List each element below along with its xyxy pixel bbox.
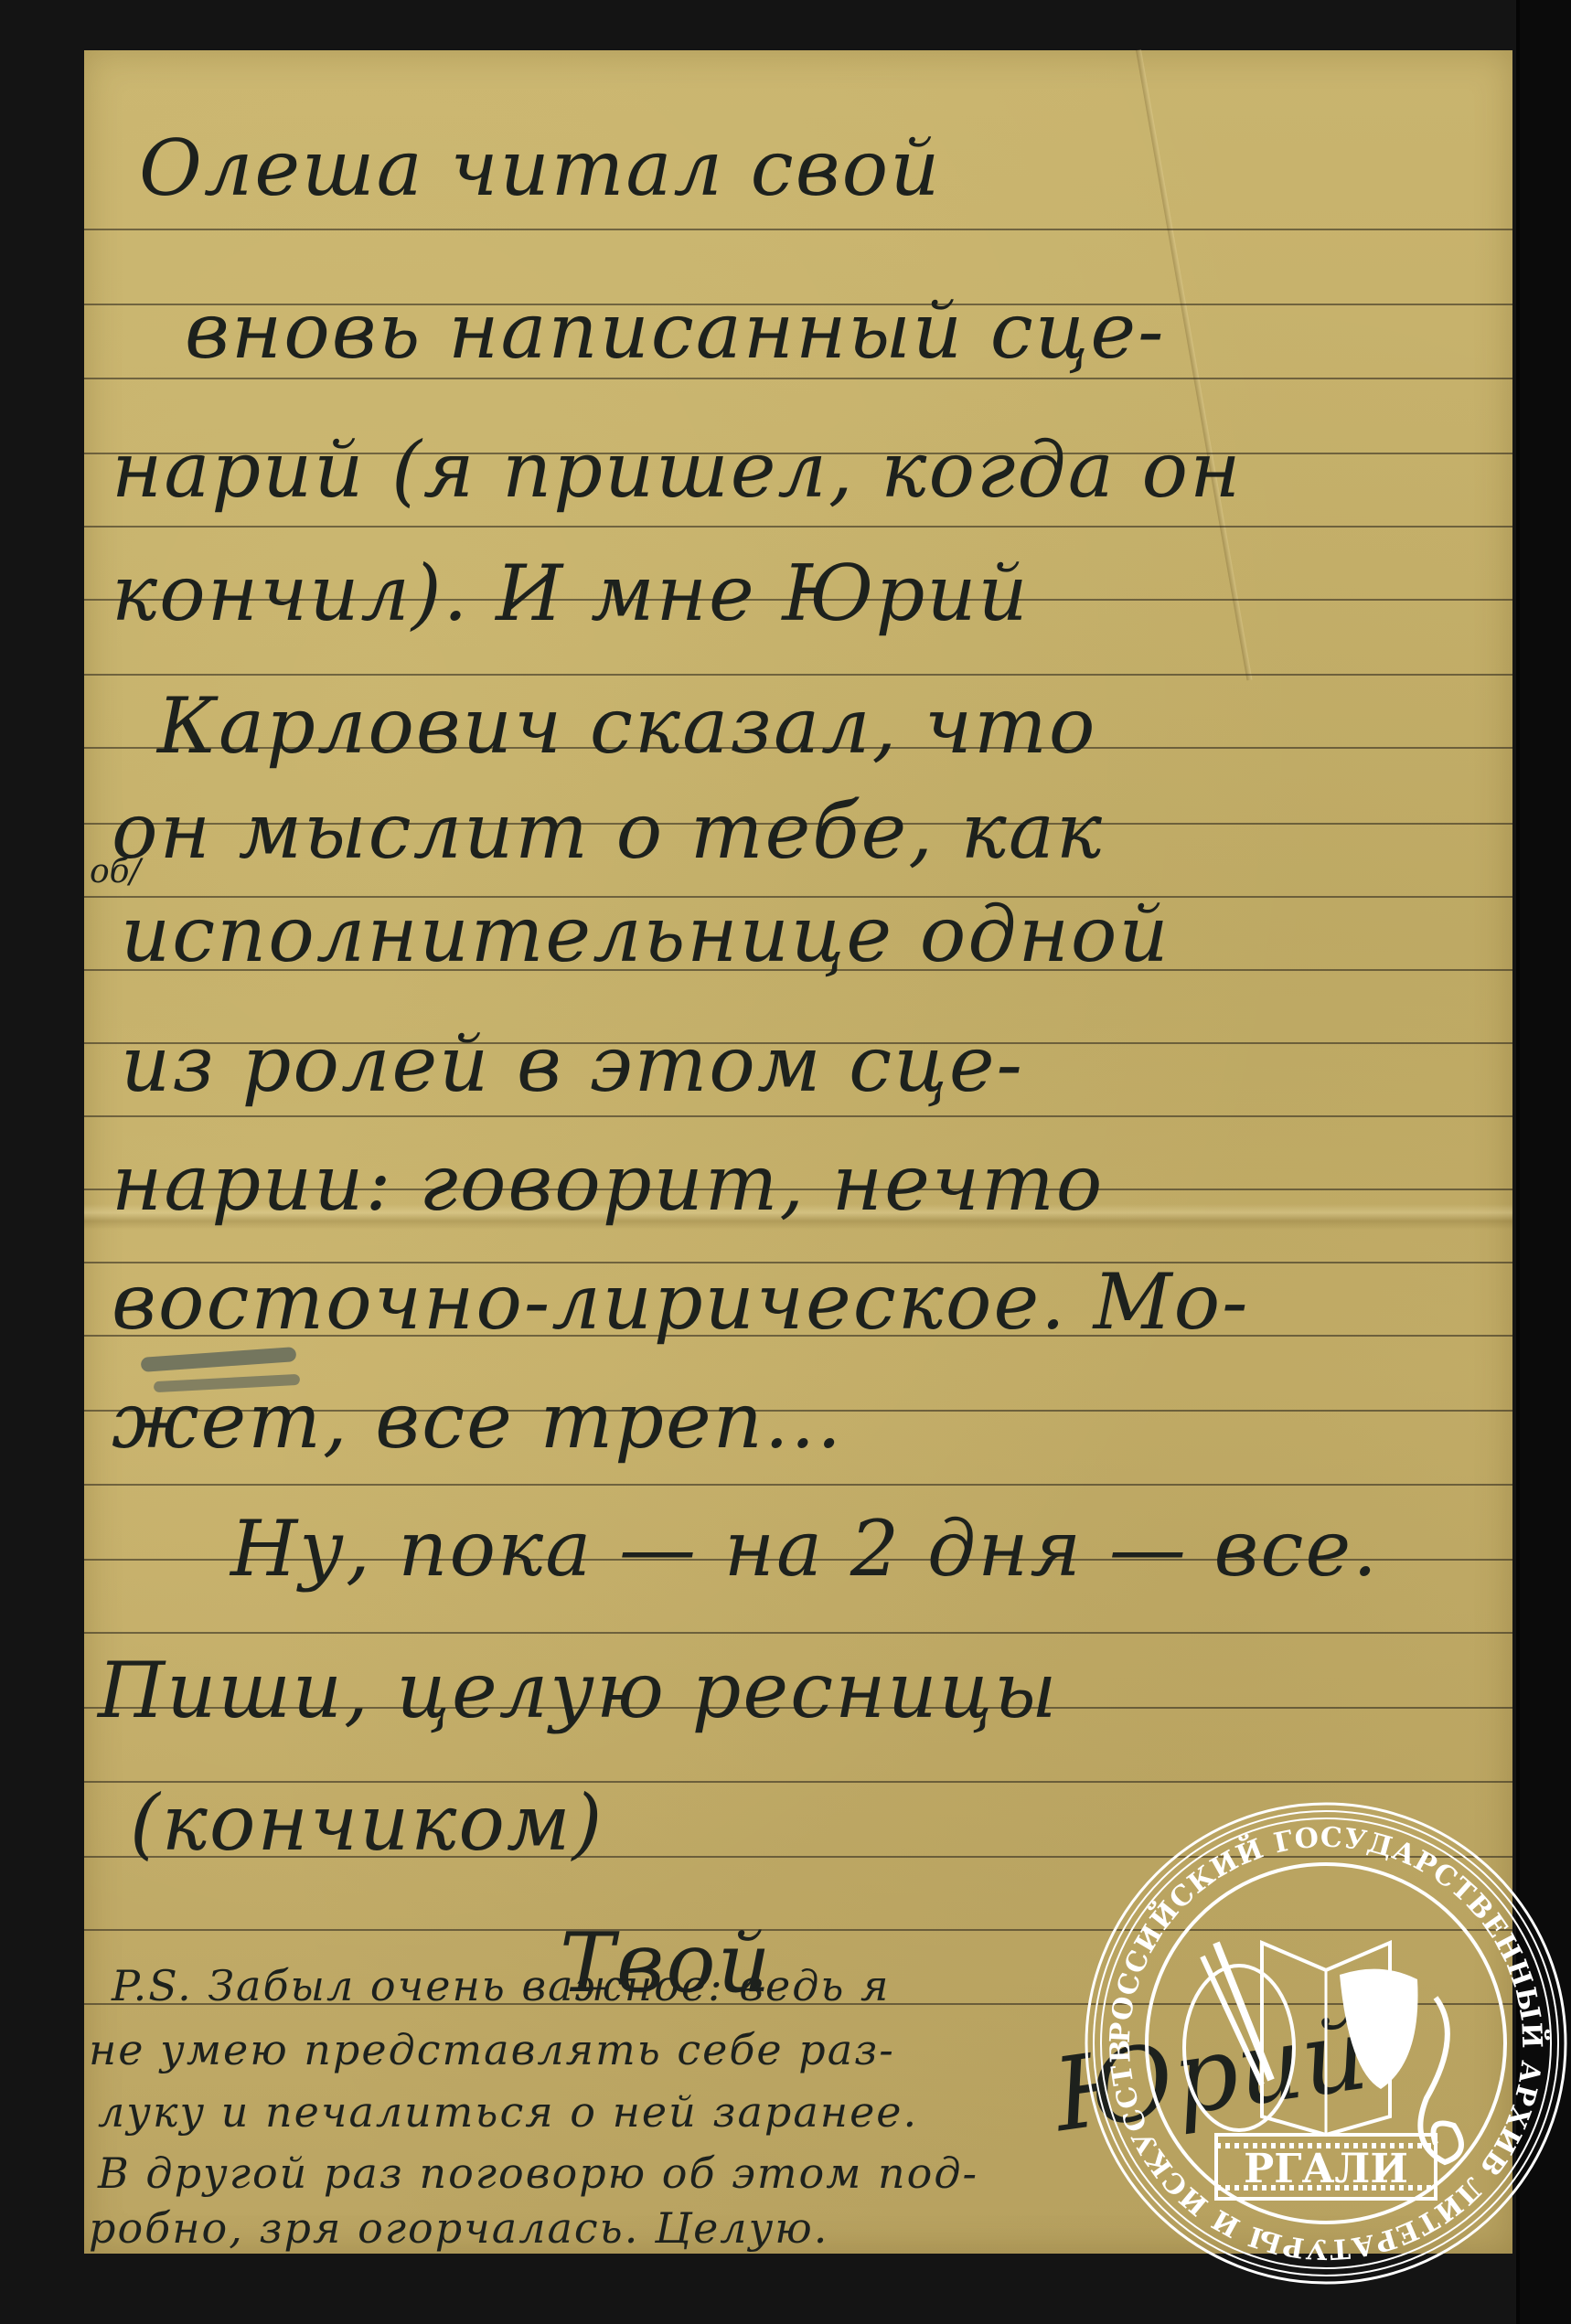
letter-line: (кончиком): [130, 1778, 604, 1868]
postscript-line: P.S. Забыл очень важное: ведь я: [112, 1961, 891, 2010]
letter-line: нарий (я пришел, когда он: [112, 425, 1242, 515]
pencil-underline: [141, 1347, 297, 1372]
letter-line: Ну, пока — на 2 дня — все.: [230, 1504, 1379, 1594]
letter-line: Пиши, целую ресницы: [98, 1646, 1059, 1735]
ruled-line: [84, 229, 1512, 230]
letter-line: вновь написанный сце-: [185, 286, 1165, 376]
margin-note: об/: [90, 853, 141, 890]
ruled-line: [84, 526, 1512, 528]
ruled-line: [84, 1484, 1512, 1486]
postscript-line: робно, зря огорчалась. Целую.: [89, 2203, 828, 2253]
treble-clef-icon: [1420, 1998, 1461, 2162]
ruled-line: [84, 674, 1512, 676]
letter-line: нарии: говорит, нечто: [112, 1138, 1104, 1228]
postscript-line: луку и печалиться о ней заранее.: [98, 2087, 918, 2137]
letter-line: жет, все треп...: [112, 1376, 843, 1466]
watermark-abbreviation: РГАЛИ: [1244, 2146, 1408, 2192]
archive-watermark: РОССИЙСКИЙ ГОСУДАРСТВЕННЫЙ АРХИВ ЛИТЕРАТ…: [1079, 1796, 1571, 2290]
letter-line: он мыслит о тебе, как: [112, 786, 1104, 876]
theatre-mask-icon: [1340, 1969, 1418, 2089]
letter-line: из ролей в этом сце-: [121, 1019, 1024, 1109]
letter-line: восточно-лирическое. Мо-: [112, 1257, 1250, 1347]
ruled-line: [84, 378, 1512, 379]
letter-line: Карлович сказал, что: [157, 681, 1096, 771]
letter-line: кончил). И мне Юрий: [112, 549, 1030, 638]
letter-line: Олеша читал свой: [139, 123, 941, 213]
letter-line: исполнительнице одной: [121, 890, 1170, 979]
postscript-line: В другой раз поговорю об этом под-: [98, 2148, 978, 2198]
postscript-line: не умею представлять себе раз-: [89, 2025, 895, 2074]
palette-icon: [1184, 1943, 1294, 2130]
ruled-line: [84, 1115, 1512, 1117]
ruled-line: [84, 1632, 1512, 1634]
